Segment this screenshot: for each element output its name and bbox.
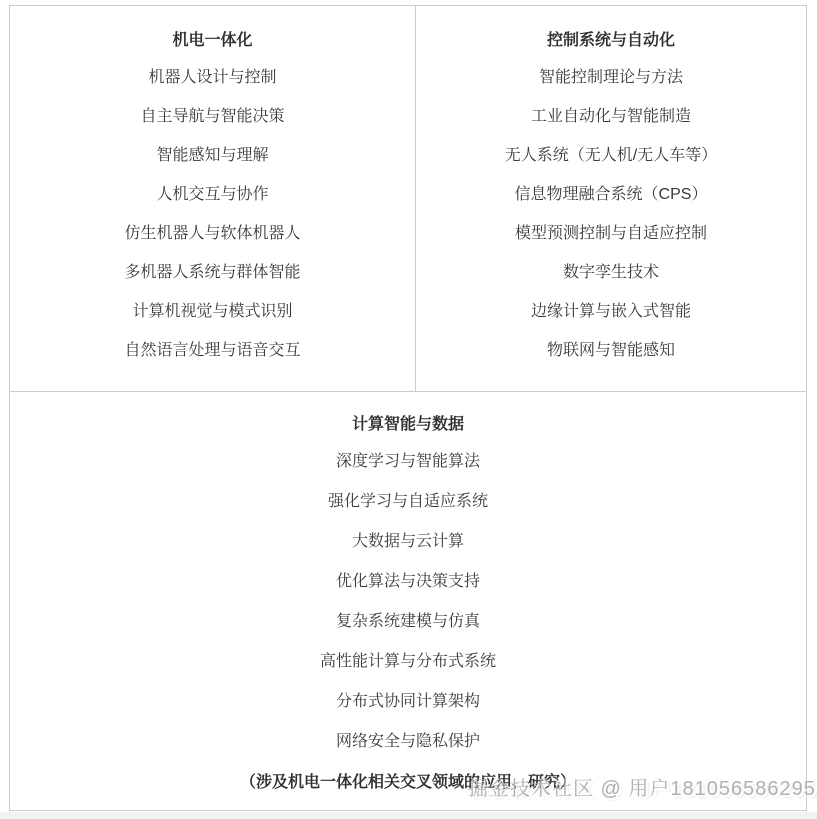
list-item: 数字孪生技术 [416, 265, 806, 281]
section-footnote: （涉及机电一体化相关交叉领域的应用、研究） [10, 774, 806, 791]
topics-table: 机电一体化 机器人设计与控制 自主导航与智能决策 智能感知与理解 人机交互与协作… [9, 5, 807, 811]
list-item: 网络安全与隐私保护 [10, 734, 806, 750]
list-item: 边缘计算与嵌入式智能 [416, 304, 806, 320]
list-item: 机器人设计与控制 [10, 70, 415, 86]
list-item: 自主导航与智能决策 [10, 109, 415, 125]
list-item: 信息物理融合系统（CPS） [416, 187, 806, 203]
list-item: 工业自动化与智能制造 [416, 109, 806, 125]
list-item: 分布式协同计算架构 [10, 694, 806, 710]
page: 机电一体化 机器人设计与控制 自主导航与智能决策 智能感知与理解 人机交互与协作… [0, 0, 817, 819]
section-control-automation: 控制系统与自动化 智能控制理论与方法 工业自动化与智能制造 无人系统（无人机/无… [416, 6, 806, 391]
section-title-computing-data: 计算智能与数据 [10, 417, 806, 433]
list-item: 自然语言处理与语音交互 [10, 343, 415, 359]
list-item: 仿生机器人与软体机器人 [10, 226, 415, 242]
page-bottom-strip [0, 812, 817, 819]
list-item: 模型预测控制与自适应控制 [416, 226, 806, 242]
list-item: 多机器人系统与群体智能 [10, 265, 415, 281]
list-item: 深度学习与智能算法 [10, 454, 806, 470]
list-item: 高性能计算与分布式系统 [10, 654, 806, 670]
list-item: 无人系统（无人机/无人车等） [416, 148, 806, 164]
section-mechatronics: 机电一体化 机器人设计与控制 自主导航与智能决策 智能感知与理解 人机交互与协作… [10, 6, 416, 391]
section-title-mechatronics: 机电一体化 [10, 33, 415, 49]
list-item: 智能感知与理解 [10, 148, 415, 164]
list-item: 优化算法与决策支持 [10, 574, 806, 590]
section-computing-data: 计算智能与数据 深度学习与智能算法 强化学习与自适应系统 大数据与云计算 优化算… [10, 392, 806, 791]
list-item: 大数据与云计算 [10, 534, 806, 550]
list-item: 计算机视觉与模式识别 [10, 304, 415, 320]
list-item: 物联网与智能感知 [416, 343, 806, 359]
list-item: 人机交互与协作 [10, 187, 415, 203]
list-item: 复杂系统建模与仿真 [10, 614, 806, 630]
table-bottom-row: 计算智能与数据 深度学习与智能算法 强化学习与自适应系统 大数据与云计算 优化算… [10, 392, 806, 810]
section-title-control-automation: 控制系统与自动化 [416, 33, 806, 49]
list-item: 智能控制理论与方法 [416, 70, 806, 86]
table-top-row: 机电一体化 机器人设计与控制 自主导航与智能决策 智能感知与理解 人机交互与协作… [10, 6, 806, 392]
list-item: 强化学习与自适应系统 [10, 494, 806, 510]
